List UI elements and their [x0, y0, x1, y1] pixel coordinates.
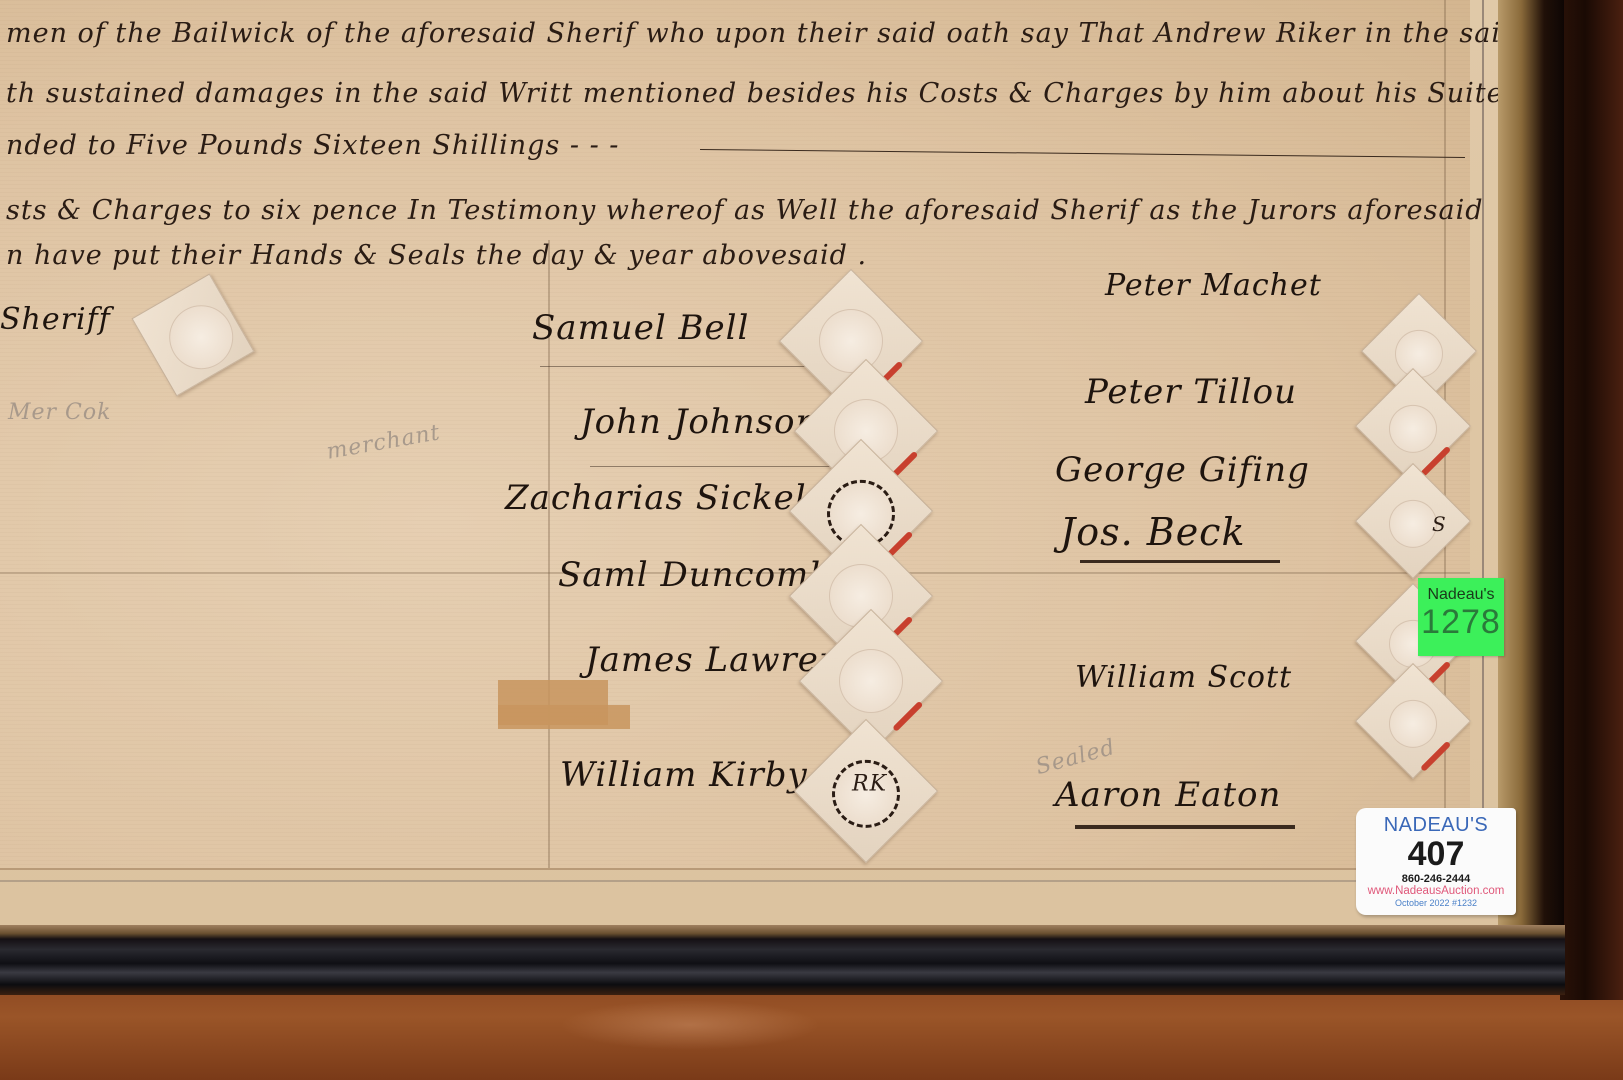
frame-inner-right [1498, 0, 1564, 935]
body-line-2: th sustained damages in the said Writt m… [6, 78, 1541, 109]
frame-bottom-molding [0, 925, 1565, 995]
lot-label: NADEAU'S 407 860-246-2444 www.NadeausAuc… [1356, 808, 1516, 915]
lot-label-url: www.NadeausAuction.com [1356, 885, 1516, 897]
edge-mark: S [1432, 512, 1447, 536]
mat-border-line [1482, 0, 1484, 880]
underline-rule [700, 149, 1465, 158]
signature-peter-tillou: Peter Tillou [1085, 372, 1297, 412]
signature-saml-duncomb: Saml Duncomb [558, 555, 832, 595]
signature-flourish [1080, 560, 1280, 563]
pencil-note: Mer Cok [8, 400, 111, 425]
signature-flourish [1075, 825, 1295, 829]
lot-label-phone: 860-246-2444 [1356, 873, 1516, 885]
wax-wafer-seal [1355, 463, 1471, 579]
green-auction-tag: Nadeau's 1278 [1418, 578, 1504, 656]
body-line-4: sts & Charges to six pence In Testimony … [6, 195, 1484, 226]
old-tape-residue [498, 705, 630, 729]
pencil-note: merchant [325, 420, 443, 465]
sheriff-signature: Sheriff [0, 302, 111, 337]
wax-wafer-seal [1355, 663, 1471, 779]
lot-label-brand: NADEAU'S [1356, 814, 1516, 837]
pencil-note: Sealed [1033, 735, 1118, 780]
frame-outer-right [1560, 0, 1623, 1000]
signature-line [590, 466, 830, 467]
body-line-1: men of the Bailwick of the aforesaid She… [6, 18, 1519, 49]
signature-william-scott: William Scott [1075, 660, 1292, 695]
lot-number: 407 [1356, 837, 1516, 871]
tag-number: 1278 [1418, 604, 1504, 640]
signature-peter-machet: Peter Machet [1105, 268, 1322, 303]
lot-label-date: October 2022 #1232 [1356, 898, 1516, 908]
body-line-3: nded to Five Pounds Sixteen Shillings - … [6, 130, 619, 161]
seal-monogram: RK [852, 771, 887, 796]
signature-samuel-bell: Samuel Bell [532, 308, 749, 348]
signature-aaron-eaton: Aaron Eaton [1055, 775, 1281, 815]
signature-line [540, 366, 840, 367]
signature-jos-beck: Jos. Beck [1060, 510, 1246, 554]
body-line-5: n have put their Hands & Seals the day &… [6, 240, 867, 271]
signature-john-johnson: John Johnson [580, 402, 818, 442]
wax-wafer-seal [132, 274, 255, 397]
signature-george-gifing: George Gifing [1055, 450, 1310, 490]
mat-border-line-bottom [0, 880, 1470, 882]
tag-brand: Nadeau's [1418, 586, 1504, 604]
document-sheet: men of the Bailwick of the aforesaid She… [0, 0, 1470, 870]
monogram-seal: RK [794, 719, 938, 863]
signature-william-kirby: William Kirby [560, 755, 808, 795]
light-reflection [560, 1000, 820, 1050]
signature-zacharias-sickels: Zacharias Sickels [505, 478, 825, 518]
